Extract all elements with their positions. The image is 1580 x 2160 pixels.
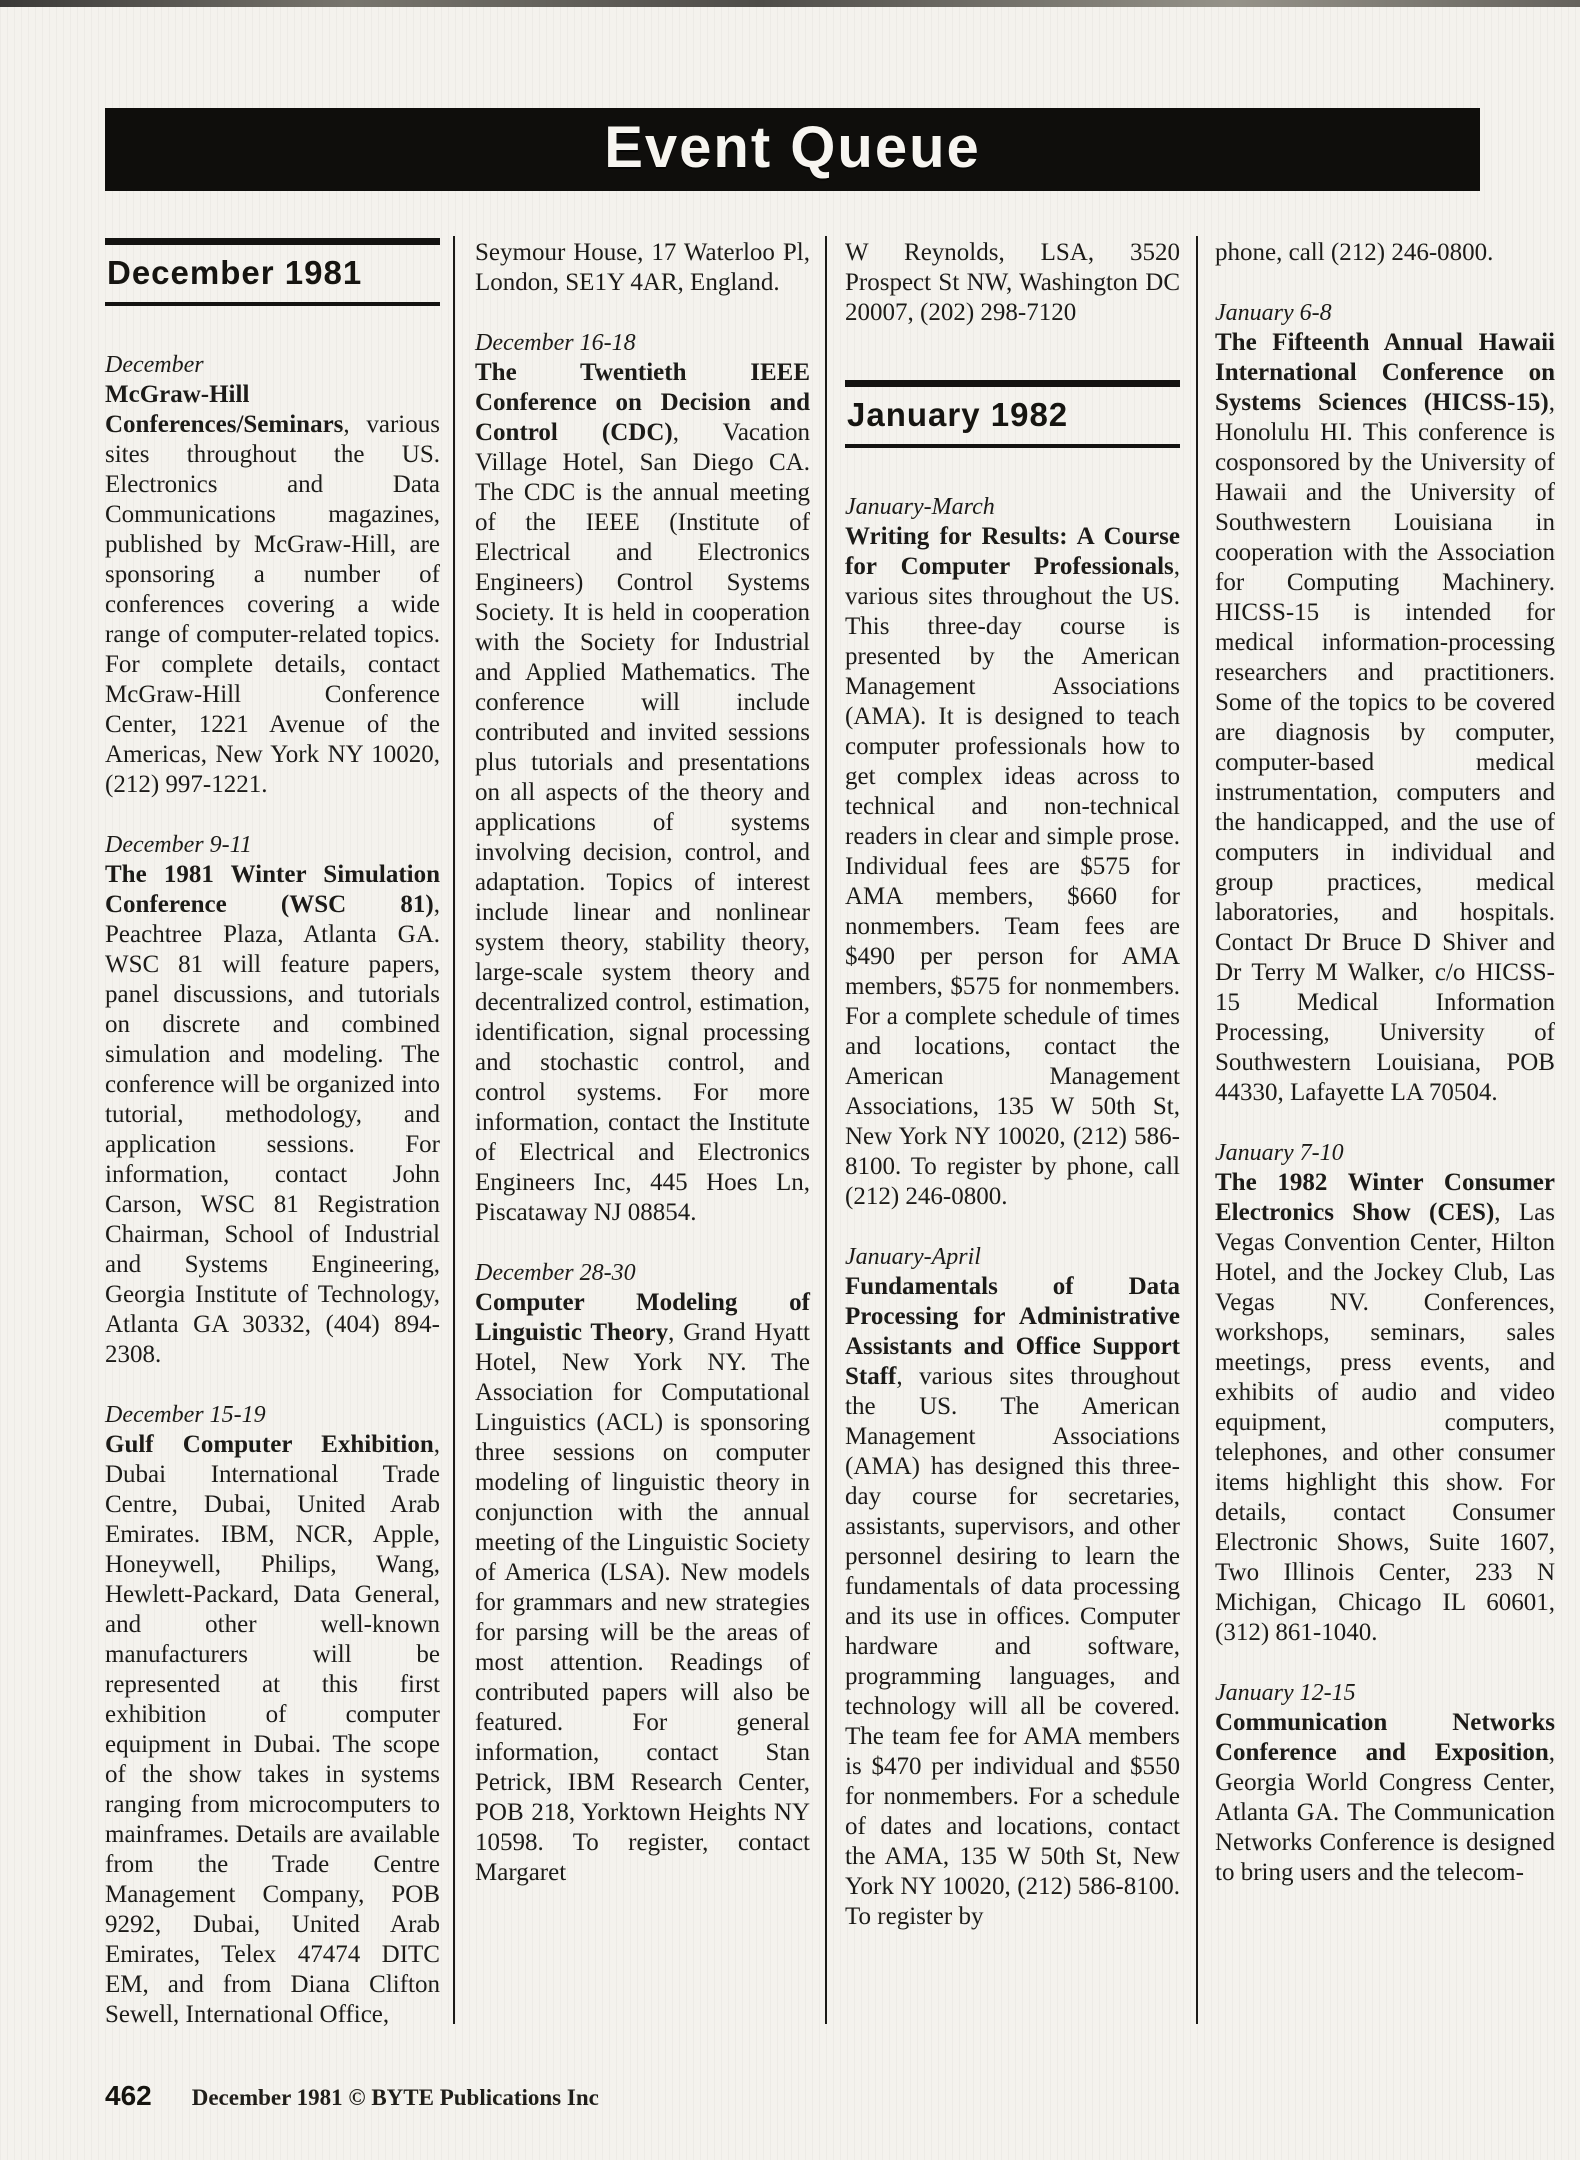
event-body: Fundamentals of Data Processing for Admi…: [845, 1272, 1180, 1932]
column-2: Seymour House, 17 Waterloo Pl, London, S…: [475, 238, 810, 1888]
event-entry: January-MarchWriting for Results: A Cour…: [845, 492, 1180, 1212]
event-entry: January 6-8The Fifteenth Annual Hawaii I…: [1215, 298, 1555, 1108]
event-body: Gulf Computer Exhibition, Dubai Internat…: [105, 1430, 440, 2030]
footer-credit: December 1981 © BYTE Publications Inc: [192, 2085, 599, 2111]
event-entry: January 12-15Communication Networks Conf…: [1215, 1678, 1555, 1888]
event-entry: December 16-18The Twentieth IEEE Confere…: [475, 328, 810, 1228]
page-number: 462: [105, 2080, 152, 2112]
event-title: Fundamentals of Data Processing for Admi…: [845, 1273, 1180, 1390]
column-4: phone, call (212) 246-0800.January 6-8Th…: [1215, 238, 1555, 1888]
event-body: The 1981 Winter Simulation Conference (W…: [105, 860, 440, 1370]
event-date: January 7-10: [1215, 1138, 1555, 1168]
event-date: December 28-30: [475, 1258, 810, 1288]
continuation-paragraph: phone, call (212) 246-0800.: [1215, 238, 1555, 268]
section-header-title: January 1982: [847, 396, 1178, 434]
event-title: Computer Modeling of Linguistic Theory: [475, 1289, 810, 1346]
column-divider: [1196, 236, 1198, 2024]
page-footer: 462 December 1981 © BYTE Publications In…: [105, 2080, 599, 2112]
event-title: Communication Networks Conference and Ex…: [1215, 1709, 1555, 1766]
event-title: Gulf Computer Exhibition: [105, 1431, 434, 1458]
event-title: The Twentieth IEEE Conference on Decisio…: [475, 359, 810, 446]
section-header: December 1981: [105, 238, 440, 306]
event-title: McGraw-Hill Conferences/Seminars: [105, 381, 343, 438]
column-1: December 1981DecemberMcGraw-Hill Confere…: [105, 238, 440, 2030]
event-date: January-March: [845, 492, 1180, 522]
event-body: Computer Modeling of Linguistic Theory, …: [475, 1288, 810, 1888]
event-entry: DecemberMcGraw-Hill Conferences/Seminars…: [105, 350, 440, 800]
event-entry: January 7-10The 1982 Winter Consumer Ele…: [1215, 1138, 1555, 1648]
event-title: The Fifteenth Annual Hawaii Internationa…: [1215, 329, 1555, 416]
event-body: Communication Networks Conference and Ex…: [1215, 1708, 1555, 1888]
event-entry: December 15-19Gulf Computer Exhibition, …: [105, 1400, 440, 2030]
continuation-paragraph: W Reynolds, LSA, 3520 Prospect St NW, Wa…: [845, 238, 1180, 328]
event-date: December 15-19: [105, 1400, 440, 1430]
event-date: January 12-15: [1215, 1678, 1555, 1708]
event-queue-banner: Event Queue: [105, 108, 1480, 191]
event-entry: December 9-11The 1981 Winter Simulation …: [105, 830, 440, 1370]
event-entry: December 28-30Computer Modeling of Lingu…: [475, 1258, 810, 1888]
event-title: The 1981 Winter Simulation Conference (W…: [105, 861, 440, 918]
continuation-paragraph: Seymour House, 17 Waterloo Pl, London, S…: [475, 238, 810, 298]
banner-title: Event Queue: [105, 108, 1480, 188]
magazine-page: { "colors": { "paper": "#f4f2ed", "ink":…: [0, 0, 1580, 2160]
event-date: January-April: [845, 1242, 1180, 1272]
column-3: W Reynolds, LSA, 3520 Prospect St NW, Wa…: [845, 238, 1180, 1932]
event-title: The 1982 Winter Consumer Electronics Sho…: [1215, 1169, 1555, 1226]
event-date: December 16-18: [475, 328, 810, 358]
event-body: The 1982 Winter Consumer Electronics Sho…: [1215, 1168, 1555, 1648]
scan-artifact-top: [0, 0, 1580, 7]
event-body: McGraw-Hill Conferences/Seminars, variou…: [105, 380, 440, 800]
event-date: December 9-11: [105, 830, 440, 860]
event-title: Writing for Results: A Course for Comput…: [845, 523, 1180, 580]
event-date: December: [105, 350, 440, 380]
section-header: January 1982: [845, 380, 1180, 448]
event-entry: January-AprilFundamentals of Data Proces…: [845, 1242, 1180, 1932]
event-body: The Fifteenth Annual Hawaii Internationa…: [1215, 328, 1555, 1108]
section-header-title: December 1981: [107, 254, 438, 292]
event-body: The Twentieth IEEE Conference on Decisio…: [475, 358, 810, 1228]
event-date: January 6-8: [1215, 298, 1555, 328]
column-divider: [825, 236, 827, 2024]
event-body: Writing for Results: A Course for Comput…: [845, 522, 1180, 1212]
column-divider: [453, 236, 455, 2024]
